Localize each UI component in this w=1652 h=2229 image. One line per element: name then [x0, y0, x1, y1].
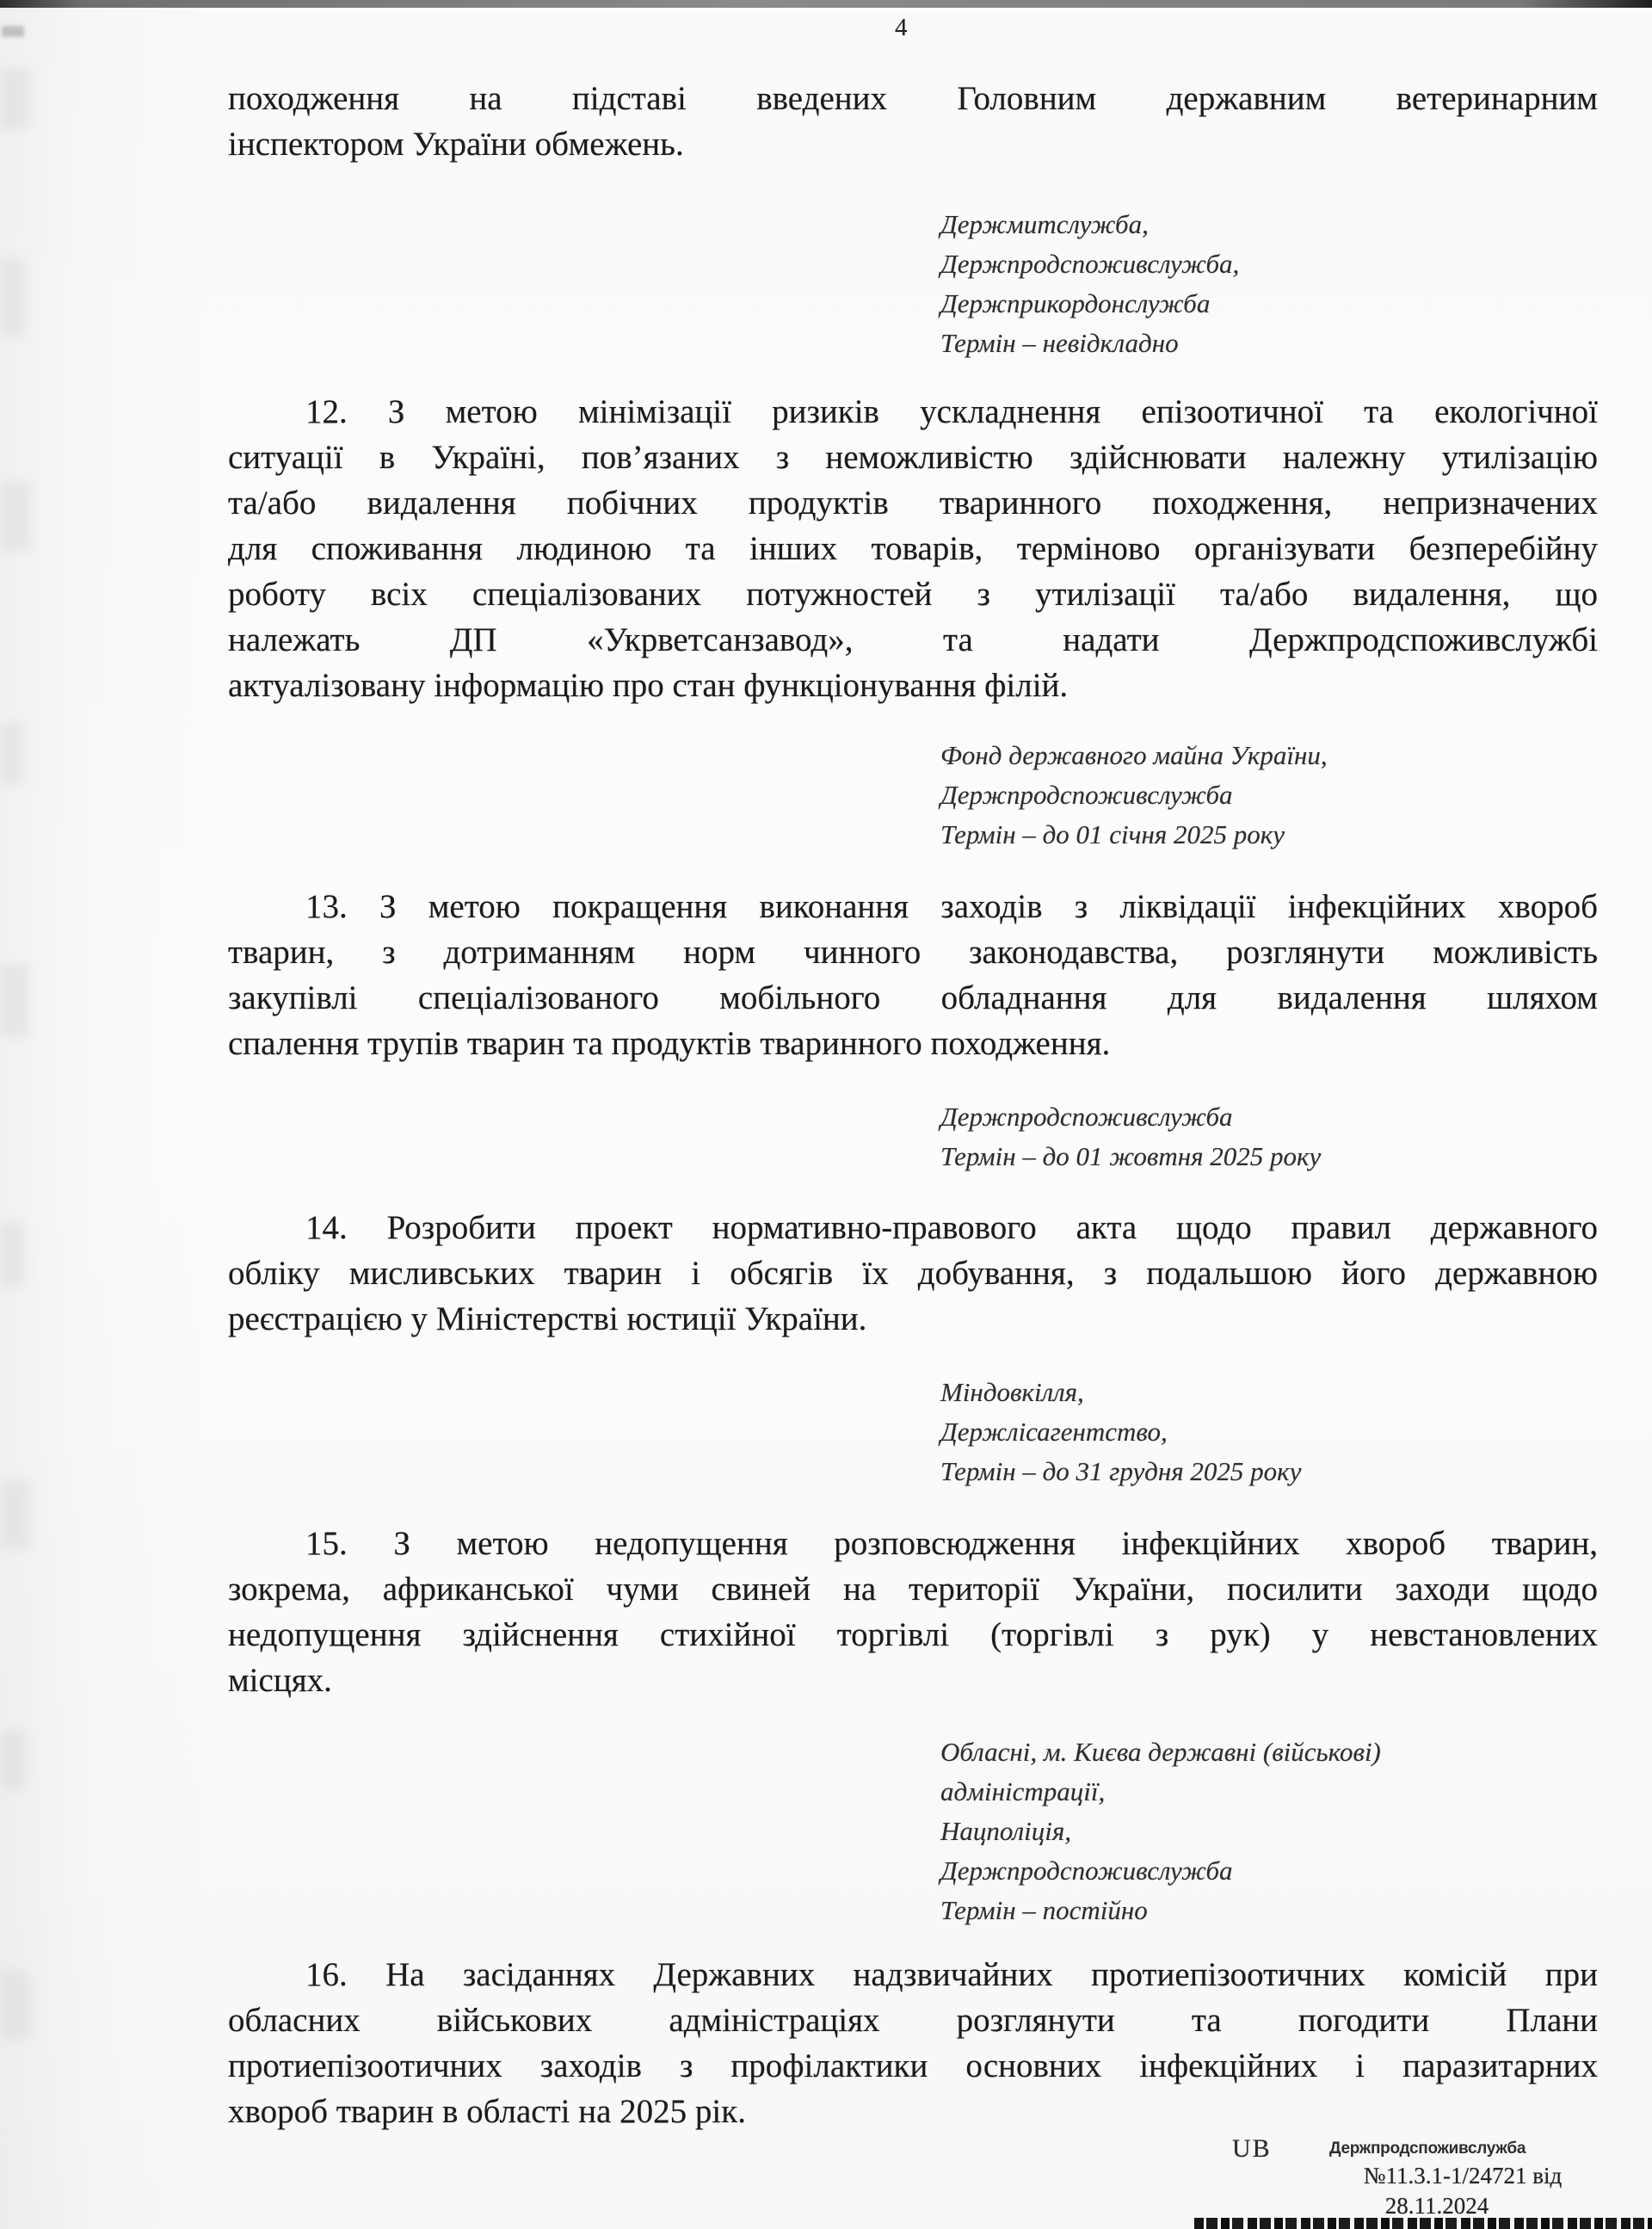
paragraph-line: 15. З метою недопущення розповсюдження і… [228, 1521, 1598, 1566]
footer-reference-number: №11.3.1-1/24721 від [1325, 2163, 1600, 2189]
attribution-line: Держлісагентство, [940, 1412, 1301, 1452]
paragraph-line: 16. На засіданнях Державних надзвичайних… [228, 1952, 1598, 1997]
paragraph-12: 12. З метою мінімізації ризиків ускладне… [228, 389, 1598, 708]
paragraph-line: 14. Розробити проект нормативно-правовог… [228, 1205, 1598, 1250]
paragraph-line: зокрема, африканської чуми свиней на тер… [228, 1566, 1598, 1612]
attribution-line: Держпродспоживслужба [940, 1851, 1381, 1891]
attribution-line: Термін – невідкладно [940, 324, 1239, 363]
footer-initials: UB [1232, 2134, 1272, 2164]
attribution-line: Нацполіція, [940, 1812, 1381, 1851]
paragraph-line: роботу всіх спеціалізованих потужностей … [228, 571, 1598, 617]
paragraph-line: актуалізовану інформацію про стан функці… [228, 663, 1598, 708]
scan-top-edge [0, 0, 1652, 8]
attribution-line: Термін – до 01 січня 2025 року [940, 815, 1328, 855]
attribution-line: Держприкордонслужба [940, 284, 1239, 324]
attribution-line: адміністрації, [940, 1772, 1381, 1812]
attribution-line: Обласні, м. Києва державні (військові) [940, 1732, 1381, 1772]
paragraph-line: належать ДП «Укрветсанзавод», та надати … [228, 617, 1598, 663]
paragraph-line: реєстрацією у Міністерстві юстиції Украї… [228, 1296, 1598, 1342]
footer-reference-date: 28.11.2024 [1325, 2193, 1549, 2220]
paragraph-line: інспектором України обмежень. [228, 121, 1598, 167]
paragraph-16: 16. На засіданнях Державних надзвичайних… [228, 1952, 1598, 2134]
paragraph-line: місцях. [228, 1658, 1598, 1703]
paragraph-line: обласних військових адміністраціях розгл… [228, 1997, 1598, 2043]
attribution-line: Фонд державного майна України, [940, 736, 1328, 775]
paragraph-13: 13. З метою покращення виконання заходів… [228, 884, 1598, 1066]
attribution-block-4: Міндовкілля, Держлісагентство, Термін – … [940, 1373, 1301, 1491]
paragraph-line: хвороб тварин в області на 2025 рік. [228, 2089, 1598, 2134]
paragraph-14: 14. Розробити проект нормативно-правовог… [228, 1205, 1598, 1342]
paragraph-line: закупівлі спеціалізованого мобільного об… [228, 975, 1598, 1021]
scan-artifact [2, 26, 24, 37]
paragraph-line: походження на підставі введених Головним… [228, 76, 1598, 121]
attribution-line: Держпродспоживслужба [940, 1097, 1321, 1137]
attribution-line: Термін – до 01 жовтня 2025 року [940, 1137, 1321, 1176]
footer-organization: Держпродспоживслужба [1329, 2139, 1526, 2158]
attribution-block-1: Держмитслужба, Держпродспоживслужба, Дер… [940, 205, 1239, 363]
attribution-block-2: Фонд державного майна України, Держпродс… [940, 736, 1328, 855]
paragraph-line: протиепізоотичних заходів з профілактики… [228, 2043, 1598, 2089]
paragraph-continuation: походження на підставі введених Головним… [228, 76, 1598, 167]
paragraph-line: тварин, з дотриманням норм чинного закон… [228, 929, 1598, 975]
scanned-document-page: 4 походження на підставі введених Головн… [0, 0, 1652, 2229]
attribution-line: Держпродспоживслужба, [940, 244, 1239, 284]
paragraph-line: обліку мисливських тварин і обсягів їх д… [228, 1250, 1598, 1296]
attribution-line: Держмитслужба, [940, 205, 1239, 244]
attribution-block-5: Обласні, м. Києва державні (військові) а… [940, 1732, 1381, 1930]
paragraph-line: для споживання людиною та інших товарів,… [228, 526, 1598, 571]
paragraph-15: 15. З метою недопущення розповсюдження і… [228, 1521, 1598, 1703]
paragraph-line: недопущення здійснення стихійної торгівл… [228, 1612, 1598, 1658]
paragraph-line: та/або видалення побічних продуктів твар… [228, 480, 1598, 526]
page-number: 4 [895, 14, 908, 42]
attribution-line: Термін – постійно [940, 1891, 1381, 1930]
attribution-line: Термін – до 31 грудня 2025 року [940, 1452, 1301, 1491]
paragraph-line: спалення трупів тварин та продуктів твар… [228, 1021, 1598, 1066]
paragraph-line: 13. З метою покращення виконання заходів… [228, 884, 1598, 929]
paragraph-line: 12. З метою мінімізації ризиків ускладне… [228, 389, 1598, 435]
attribution-line: Міндовкілля, [940, 1373, 1301, 1412]
cutoff-text-strip [1194, 2218, 1652, 2229]
attribution-block-3: Держпродспоживслужба Термін – до 01 жовт… [940, 1097, 1321, 1176]
attribution-line: Держпродспоживслужба [940, 775, 1328, 815]
paragraph-line: ситуації в Україні, пов’язаних з неможли… [228, 435, 1598, 480]
